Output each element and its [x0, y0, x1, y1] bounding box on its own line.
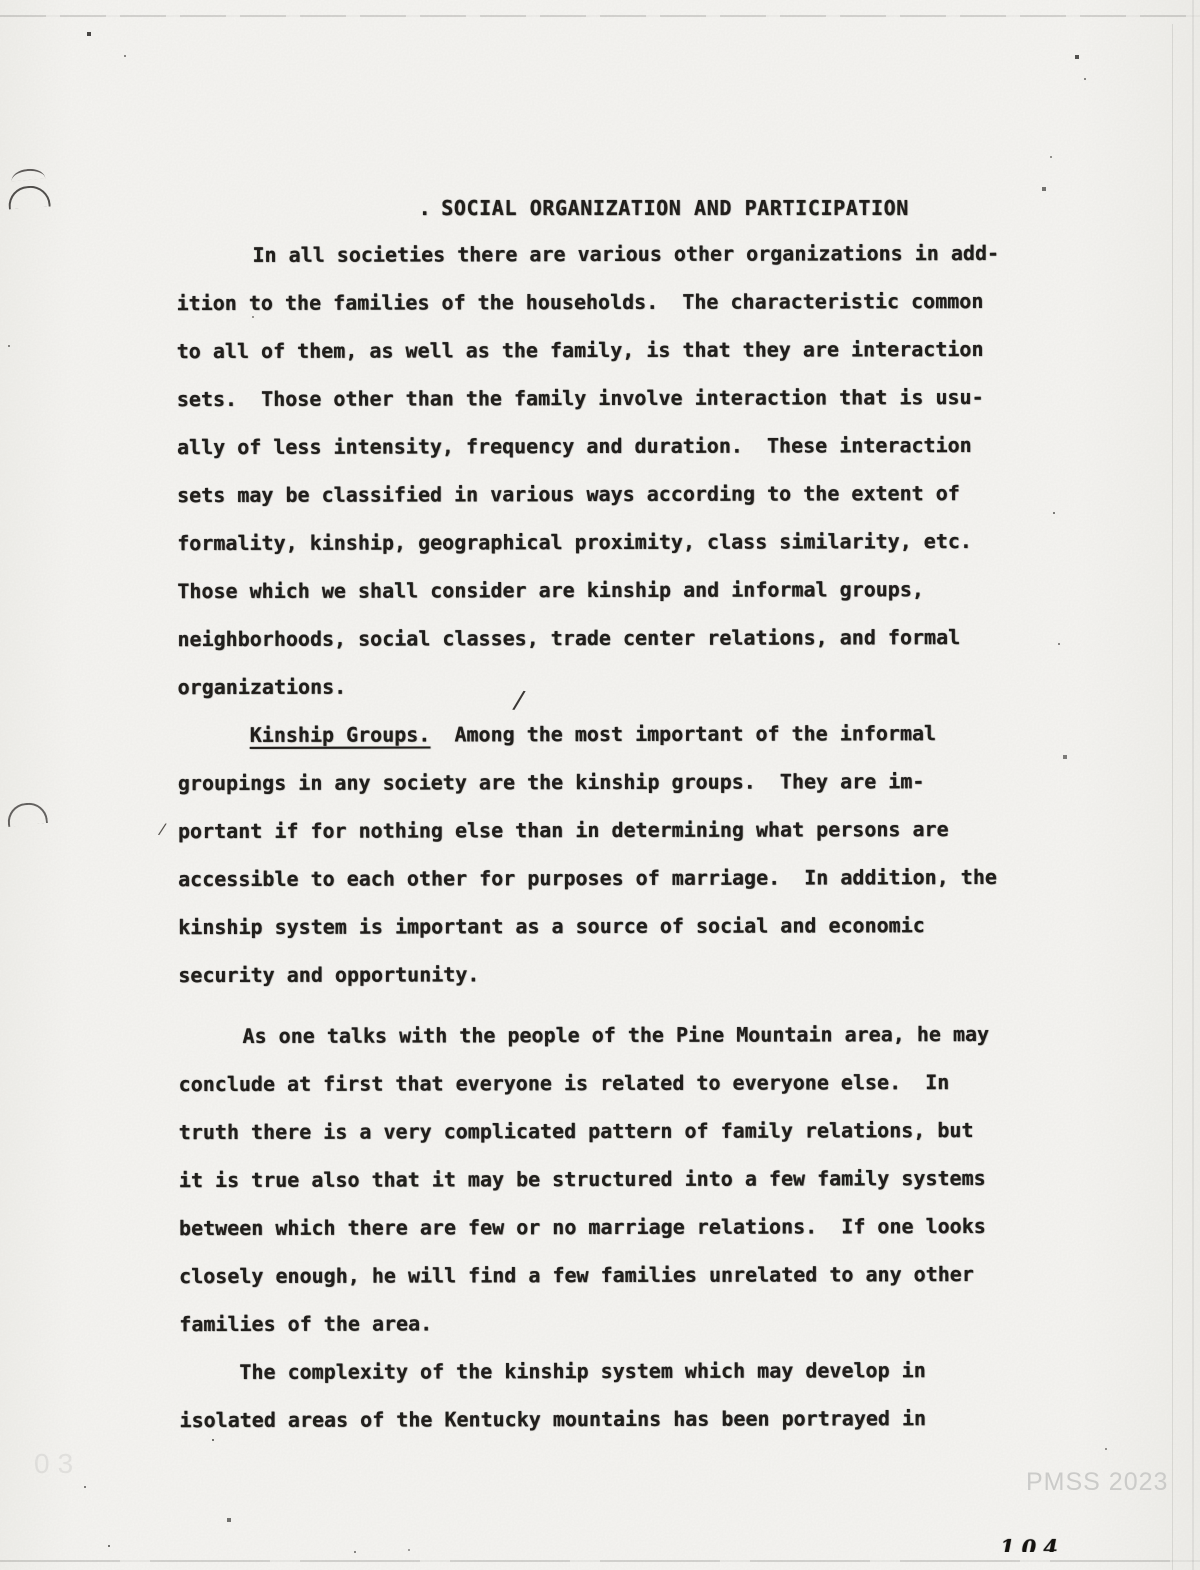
kinship-groups-heading: Kinship Groups.	[250, 722, 431, 746]
text-line: isolated areas of the Kentucky mountains…	[179, 1394, 1027, 1444]
text-line: between which there are few or no marria…	[179, 1202, 1027, 1252]
text-line: As one talks with the people of the Pine…	[178, 1010, 1026, 1060]
text-line: ally of less intensity, frequency and du…	[177, 421, 1025, 471]
margin-arc-mark-top	[7, 185, 50, 210]
text-line: Kinship Groups. Among the most important…	[178, 709, 1026, 759]
text-line: Those which we shall consider are kinshi…	[177, 565, 1025, 615]
paragraph-intro: In all societies there are various other…	[176, 229, 1025, 711]
text-line: to all of them, as well as the family, i…	[177, 325, 1025, 375]
scanned-document-page: / / .SOCIAL ORGANIZATION AND PARTICIPATI…	[0, 0, 1200, 1570]
text-line: accessible to each other for purposes of…	[178, 853, 1026, 903]
text-line: it is true also that it may be structure…	[179, 1154, 1027, 1204]
text-line: The complexity of the kinship system whi…	[179, 1346, 1027, 1396]
margin-squiggle-mark	[11, 168, 46, 182]
corner-ghost-number: 03	[34, 1448, 81, 1480]
stray-period-mark: .	[419, 196, 432, 220]
text-line: portant if for nothing else than in dete…	[178, 805, 1026, 855]
text-line: sets. Those other than the family involv…	[177, 373, 1025, 423]
document-body: In all societies there are various other…	[176, 229, 1027, 1444]
text-line: kinship system is important as a source …	[178, 901, 1026, 951]
paragraph-kinship-groups: Kinship Groups. Among the most important…	[178, 709, 1027, 999]
text-line: formality, kinship, geographical proximi…	[177, 517, 1025, 567]
pmss-watermark: PMSS 2023	[1026, 1468, 1168, 1497]
scan-streak-right-edge	[1192, 0, 1194, 1570]
text-line: truth there is a very complicated patter…	[179, 1106, 1027, 1156]
text-line: organizations.	[178, 661, 1026, 711]
text-line: In all societies there are various other…	[176, 229, 1024, 279]
page-number-text: 104	[1000, 1537, 1070, 1552]
scan-speckles	[0, 0, 2, 2]
scan-edge-line-bottom	[0, 1560, 1200, 1562]
page-title: SOCIAL ORGANIZATION AND PARTICIPATION	[441, 196, 909, 220]
text-line: security and opportunity.	[178, 949, 1026, 999]
text-line: ition to the families of the households.…	[177, 277, 1025, 327]
text-line: closely enough, he will find a few famil…	[179, 1250, 1027, 1300]
text-line: neighborhoods, social classes, trade cen…	[177, 613, 1025, 663]
text-line: conclude at first that everyone is relat…	[179, 1058, 1027, 1108]
text-line: sets may be classified in various ways a…	[177, 469, 1025, 519]
scan-edge-line-top	[0, 15, 1200, 17]
page-number-clipped: 104	[1000, 1537, 1070, 1552]
text-line: families of the area.	[179, 1298, 1027, 1348]
stray-slash-mark-small: /	[157, 819, 168, 838]
scan-streak-right	[1172, 24, 1173, 1570]
paragraph-pine-mountain: As one talks with the people of the Pine…	[178, 1010, 1027, 1348]
margin-arc-mark-middle	[6, 801, 48, 827]
text-segment: Among the most important of the informal	[430, 721, 936, 746]
paragraph-complexity: The complexity of the kinship system whi…	[179, 1346, 1027, 1444]
text-line: groupings in any society are the kinship…	[178, 757, 1026, 807]
